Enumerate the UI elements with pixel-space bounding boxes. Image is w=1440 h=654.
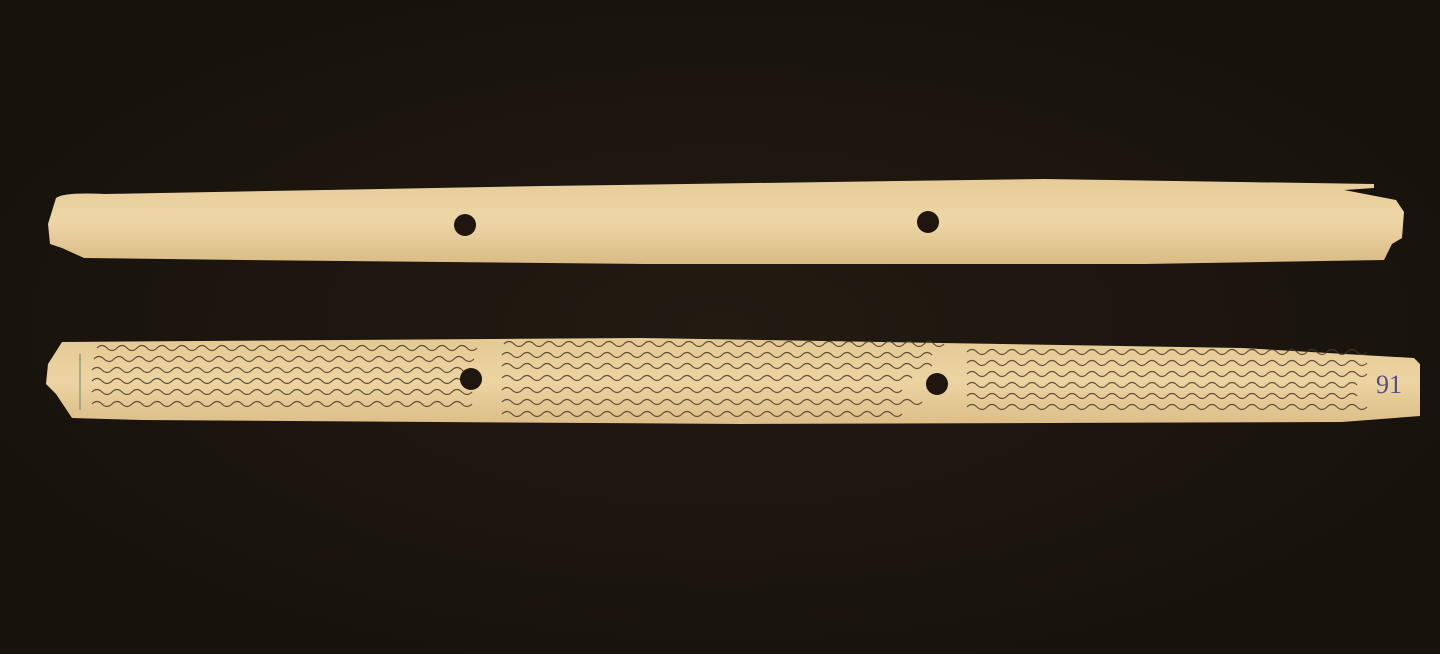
binding-hole [460, 368, 482, 390]
page-number: 91 [1376, 370, 1402, 400]
palm-leaf-top [44, 174, 1409, 270]
binding-hole [926, 373, 948, 395]
manuscript-photo: 91 [0, 0, 1440, 654]
binding-hole [454, 214, 476, 236]
binding-hole [917, 211, 939, 233]
palm-leaf-bottom: 91 [42, 334, 1424, 426]
